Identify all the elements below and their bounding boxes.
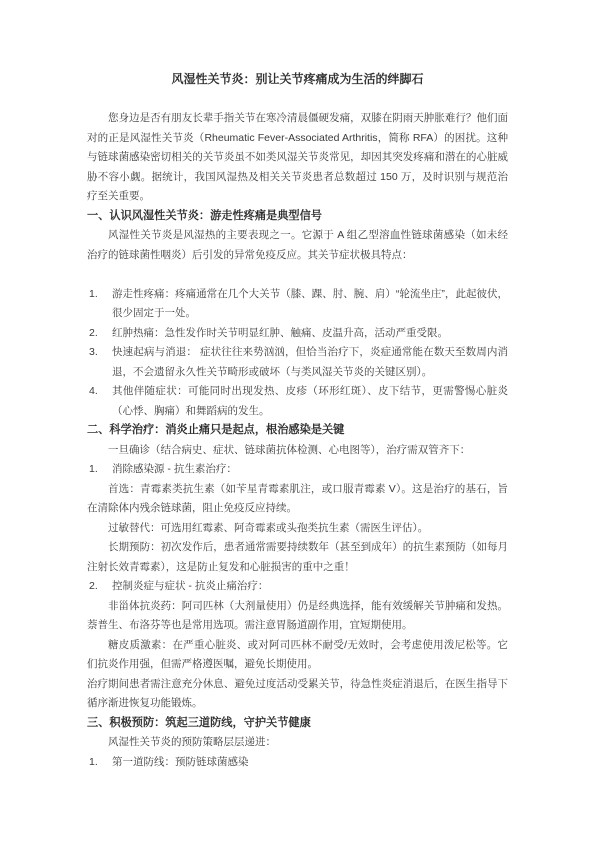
doc-title: 风湿性关节炎：别让关节疼痛成为生活的绊脚石: [87, 70, 508, 90]
list-item-number: 4.: [89, 382, 98, 402]
list-item-number: 1.: [89, 460, 98, 480]
list-item: 1.消除感染源 - 抗生素治疗：: [87, 460, 508, 480]
list-item-text: 第一道防线：预防链球菌感染: [112, 756, 249, 768]
list-item-text: 其他伴随症状：可能同时出现发热、皮疹（环形红斑）、皮下结节，更需警惕心脏炎（心悸…: [112, 385, 508, 417]
list-item-text: 控制炎症与症状 - 抗炎止痛治疗：: [112, 580, 268, 592]
list-item: 1.游走性疼痛：疼痛通常在几个大关节（膝、踝、肘、腕、肩）“轮流坐庄”，此起彼伏…: [87, 285, 508, 324]
paragraph: 非甾体抗炎药：阿司匹林（大剂量使用）仍是经典选择，能有效缓解关节肿痛和发热。萘普…: [87, 597, 508, 636]
paragraph: 治疗期间患者需注意充分休息、避免过度活动受累关节，待急性炎症消退后，在医生指导下…: [87, 675, 508, 714]
list-item-text: 游走性疼痛：疼痛通常在几个大关节（膝、踝、肘、腕、肩）“轮流坐庄”，此起彼伏，很…: [112, 288, 508, 320]
list-item: 2.红肿热痛：急性发作时关节明显红肿、触痛、皮温升高，活动严重受限。: [87, 324, 508, 344]
list-item-number: 2.: [89, 577, 98, 597]
paragraph: 风湿性关节炎是风湿热的主要表现之一。它源于 A 组乙型溶血性链球菌感染（如未经治…: [87, 226, 508, 265]
paragraph: 糖皮质激素：在严重心脏炎、或对阿司匹林不耐受/无效时，会考虑使用泼尼松等。它们抗…: [87, 636, 508, 675]
section-heading: 二、科学治疗：消炎止痛只是起点，根治感染是关键: [87, 421, 508, 441]
paragraph: 风湿性关节炎的预防策略层层递进：: [87, 733, 508, 753]
paragraph: 过敏替代：可选用红霉素、阿奇霉素或头孢类抗生素（需医生评估）。: [87, 519, 508, 539]
list-item-text: 红肿热痛：急性发作时关节明显红肿、触痛、皮温升高，活动严重受限。: [112, 327, 448, 339]
document-page: 风湿性关节炎：别让关节疼痛成为生活的绊脚石您身边是否有朋友长辈手指关节在寒冷清晨…: [0, 0, 595, 841]
section-heading: 一、认识风湿性关节炎：游走性疼痛是典型信号: [87, 207, 508, 227]
list-item: 4.其他伴随症状：可能同时出现发热、皮疹（环形红斑）、皮下结节，更需警惕心脏炎（…: [87, 382, 508, 421]
list-item-number: 3.: [89, 343, 98, 363]
paragraph: 长期预防：初次发作后，患者通常需要持续数年（甚至到成年）的抗生素预防（如每月注射…: [87, 538, 508, 577]
list-item-number: 1.: [89, 753, 98, 773]
paragraph: 首选：青霉素类抗生素（如苄星青霉素肌注，或口服青霉素 V）。这是治疗的基石，旨在…: [87, 480, 508, 519]
paragraph: 您身边是否有朋友长辈手指关节在寒冷清晨僵硬发痛，双膝在阴雨天肿胀难行？他们面对的…: [87, 109, 508, 207]
section-heading: 三、积极预防：筑起三道防线，守护关节健康: [87, 714, 508, 734]
list-item: 2.控制炎症与症状 - 抗炎止痛治疗：: [87, 577, 508, 597]
list-item-number: 1.: [89, 285, 98, 305]
list-item-text: 快速起病与消退： 症状往往来势汹汹，但恰当治疗下，炎症通常能在数天至数周内消退，…: [112, 346, 508, 378]
paragraph: 一旦确诊（结合病史、症状、链球菌抗体检测、心电图等），治疗需双管齐下：: [87, 441, 508, 461]
list-item: 3.快速起病与消退： 症状往往来势汹汹，但恰当治疗下，炎症通常能在数天至数周内消…: [87, 343, 508, 382]
list-item-text: 消除感染源 - 抗生素治疗：: [112, 463, 237, 475]
list-item-number: 2.: [89, 324, 98, 344]
list-item: 1.第一道防线：预防链球菌感染: [87, 753, 508, 773]
